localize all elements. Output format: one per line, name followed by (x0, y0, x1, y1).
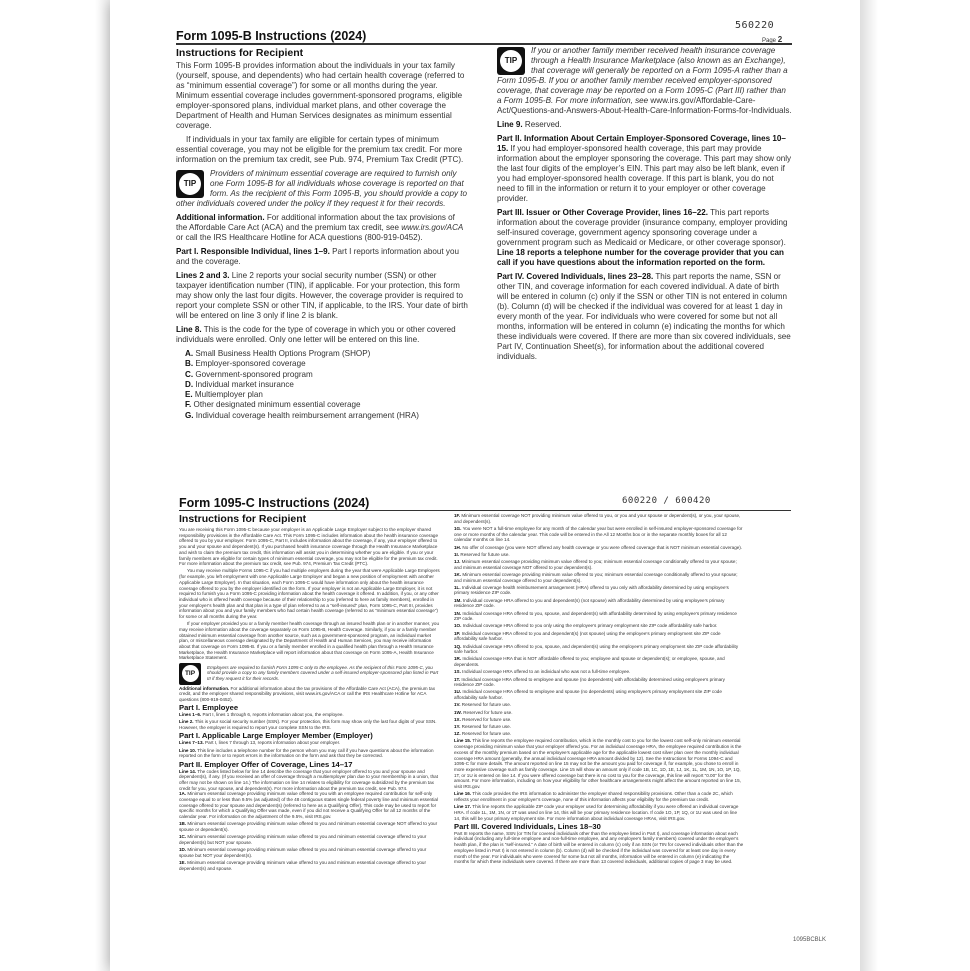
form-c-tip: TIP Employers are required to furnish Fo… (179, 663, 441, 686)
form-c-line10: Line 10. This line includes a telephone … (179, 748, 441, 759)
form-c-line15: Line 15. This line reports the employee … (454, 738, 744, 789)
form-c-part3-heading: Part III. Covered Individuals, Lines 18–… (454, 823, 744, 831)
offer-code-item: 1Q. Individual coverage HRA offered to y… (454, 644, 744, 655)
form-c-part3-text: Part III reports the name, SSN (or TIN f… (454, 831, 744, 865)
form-b-line9: Line 9. Reserved. (497, 120, 792, 130)
offer-code-item: 1T. Individual coverage HRA offered to e… (454, 677, 744, 688)
offer-code-item: 1E. Minimum essential coverage providing… (179, 860, 441, 871)
offer-code-item: 1N. Individual coverage HRA offered to y… (454, 611, 744, 622)
form-b-intro2: If individuals in your tax family are el… (176, 135, 468, 165)
form-c-intro: You are receiving this Form 1095-C becau… (179, 527, 441, 567)
form-b-part4: Part IV. Covered Individuals, lines 23–2… (497, 272, 792, 362)
form-c-line14: Line 14. The codes listed below for line… (179, 769, 441, 792)
offer-code-item: 1A. Minimum essential coverage providing… (179, 791, 441, 820)
offer-code-item: 1L. Individual coverage health reimburse… (454, 585, 744, 596)
offer-code-item: 1F. Minimum essential coverage NOT provi… (454, 513, 744, 524)
form-c-intro2: You may receive multiple Forms 1095-C if… (179, 568, 441, 619)
form-b-lines23: Lines 2 and 3. Line 2 reports your socia… (176, 271, 468, 321)
form-b-part2: Part II. Information About Certain Emplo… (497, 134, 792, 204)
form-b-tip2: TIP If you or another family member rece… (497, 46, 792, 116)
form-c-subtitle: Instructions for Recipient (179, 513, 306, 525)
form-c-intro3: If your employer provided you or a famil… (179, 621, 441, 661)
form-c-part1-employee-heading: Part I. Employee (179, 704, 441, 712)
offer-code-item: 1Z. Reserved for future use. (454, 731, 744, 737)
form-b-tip1: TIP Providers of minimum essential cover… (176, 169, 468, 209)
form-c-line17: Line 17. This line reports the applicabl… (454, 804, 744, 821)
form-b-part1: Part I. Responsible Individual, lines 1–… (176, 247, 468, 267)
form-b-title: Form 1095-B Instructions (2024) (176, 29, 366, 43)
coverage-code-item: F. Other designated minimum essential co… (185, 400, 468, 410)
form-b-left-column: Instructions for Recipient This Form 109… (176, 48, 468, 421)
offer-code-item: 1J. Minimum essential coverage providing… (454, 559, 744, 570)
form-c-additional: Additional information. For additional i… (179, 686, 441, 703)
form-c-part1-employer-heading: Part I. Applicable Large Employer Member… (179, 732, 441, 740)
offer-code-item: 1W. Reserved for future use. (454, 710, 744, 716)
form-c-line16: Line 16. This code provides the IRS info… (454, 791, 744, 802)
aca-link[interactable]: www.irs.gov/ACA (401, 223, 463, 232)
coverage-code-list: A. Small Business Health Options Program… (185, 349, 468, 421)
form-c-tip-text: Employers are required to furnish Form 1… (179, 663, 441, 682)
form-c-code: 600220 / 600420 (622, 496, 711, 506)
tip-icon: TIP (176, 170, 204, 198)
tip2-text: If you or another family member received… (497, 46, 792, 116)
form-b-subtitle: Instructions for Recipient (176, 48, 468, 58)
offer-code-item: 1K. Minimum essential coverage providing… (454, 572, 744, 583)
offer-code-item: 1Y. Reserved for future use. (454, 724, 744, 730)
form-c-title-rule (179, 510, 791, 511)
tip1-text: Providers of minimum essential coverage … (176, 169, 468, 209)
form-c-left-column: You are receiving this Form 1095-C becau… (179, 527, 441, 873)
offer-code-item: 1G. You were NOT a full-time employee fo… (454, 526, 744, 543)
offer-code-item: 1D. Minimum essential coverage providing… (179, 847, 441, 858)
offer-code-item: 1X. Reserved for future use. (454, 717, 744, 723)
tip-icon: TIP (497, 47, 525, 75)
coverage-code-item: D. Individual market insurance (185, 380, 468, 390)
coverage-code-item: C. Government-sponsored program (185, 370, 468, 380)
offer-code-item: 1U. Individual coverage HRA offered to e… (454, 689, 744, 700)
page-shadow-left (95, 0, 110, 971)
form-b-title-rule (176, 43, 792, 45)
coverage-code-item: B. Employer-sponsored coverage (185, 359, 468, 369)
offer-code-item: 1R. Individual coverage HRA that is NOT … (454, 656, 744, 667)
form-b-additional: Additional information. For additional i… (176, 213, 468, 243)
form-b-part3: Part III. Issuer or Other Coverage Provi… (497, 208, 792, 268)
coverage-code-item: A. Small Business Health Options Program… (185, 349, 468, 359)
offer-code-item: 1V. Reserved for future use. (454, 702, 744, 708)
form-b-intro: This Form 1095-B provides information ab… (176, 61, 468, 131)
form-b-right-column: TIP If you or another family member rece… (497, 46, 792, 366)
offer-code-item: 1M. Individual coverage HRA offered to y… (454, 598, 744, 609)
offer-code-item: 1C. Minimum essential coverage providing… (179, 834, 441, 845)
offer-code-item: 1S. Individual coverage HRA offered to a… (454, 669, 744, 675)
form-c-title: Form 1095-C Instructions (2024) (179, 496, 369, 510)
form-c-lines7-13: Lines 7–13. Part I, lines 7 through 13, … (179, 740, 441, 746)
coverage-code-item: E. Multiemployer plan (185, 390, 468, 400)
page-shadow-right (860, 0, 878, 971)
tip-icon: TIP (179, 663, 201, 685)
form-c-line2: Line 2. This is your social security num… (179, 719, 441, 730)
form-c-right-column: 1F. Minimum essential coverage NOT provi… (454, 513, 744, 866)
coverage-code-item: G. Individual coverage health reimbursem… (185, 411, 468, 421)
product-code: 1095BCBLK (793, 937, 826, 943)
offer-code-item: 1I. Reserved for future use. (454, 552, 744, 558)
offer-code-item: 1P. Individual coverage HRA offered to y… (454, 631, 744, 642)
form-c-part2-heading: Part II. Employer Offer of Coverage, Lin… (179, 761, 441, 769)
offer-code-item: 1B. Minimum essential coverage providing… (179, 821, 441, 832)
form-c-lines1-6: Lines 1–6. Part I, lines 1 through 6, re… (179, 712, 441, 718)
offer-code-item: 1O. Individual coverage HRA offered to y… (454, 623, 744, 629)
form-b-line8: Line 8. This is the code for the type of… (176, 325, 468, 345)
offer-code-item: 1H. No offer of coverage (you were NOT o… (454, 545, 744, 551)
form-b-code: 560220 (735, 20, 774, 31)
